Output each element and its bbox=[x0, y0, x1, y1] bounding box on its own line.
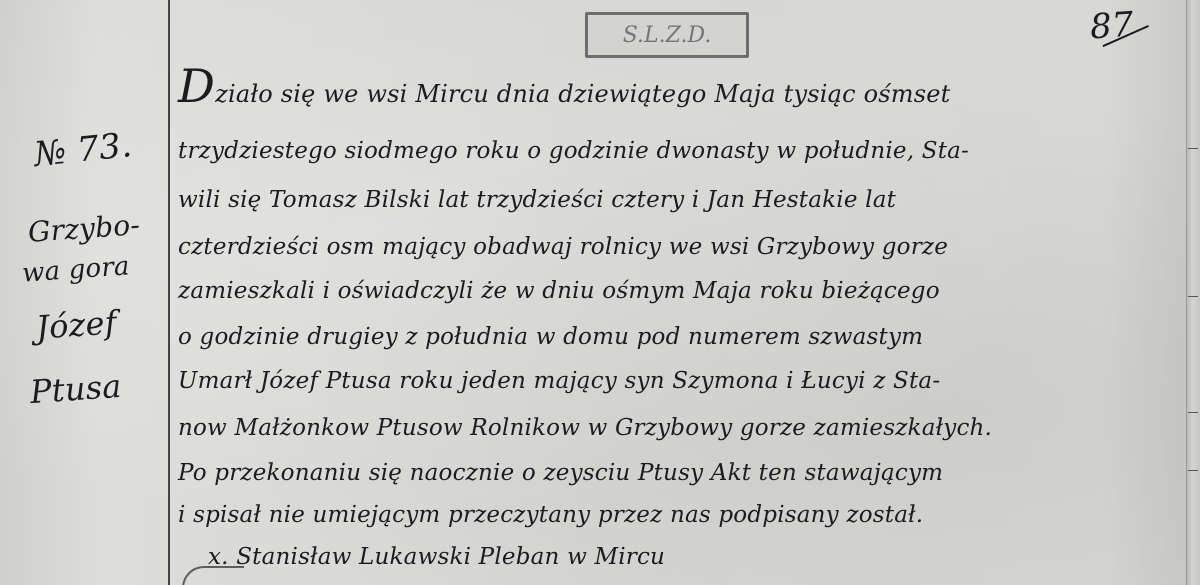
entry-number: № 73. bbox=[32, 125, 134, 175]
edge-tick bbox=[1188, 148, 1198, 149]
drop-cap: D bbox=[178, 59, 215, 113]
page-right-edge bbox=[1186, 0, 1200, 585]
record-line: wili się Tomasz Bilski lat trzydzieści c… bbox=[178, 187, 896, 213]
record-line: zamieszkali i oświadczyli że w dniu ośmy… bbox=[178, 278, 940, 304]
record-line: Po przekonaniu się naocznie o zeysciu Pt… bbox=[178, 460, 943, 486]
record-line: Działo się we wsi Mircu dnia dziewiątego… bbox=[178, 80, 950, 108]
record-line: Umarł Józef Ptusa roku jeden mający syn … bbox=[178, 368, 940, 394]
record-line: o godzinie drugiey z południa w domu pod… bbox=[178, 324, 923, 350]
record-page: № 73. Grzybo- wa gora Józef Ptusa S.L.Z.… bbox=[0, 0, 1200, 585]
next-entry-flourish bbox=[182, 566, 244, 585]
record-line: i spisał nie umiejącym przeczytany przez… bbox=[178, 502, 923, 528]
place-name-line-2: wa gora bbox=[21, 251, 130, 288]
margin-rule bbox=[168, 0, 170, 585]
archive-stamp: S.L.Z.D. bbox=[585, 12, 749, 58]
deceased-surname: Ptusa bbox=[29, 367, 123, 411]
record-line: trzydziestego siodmego roku o godzinie d… bbox=[178, 138, 969, 164]
folio-number: 87 bbox=[1089, 5, 1135, 48]
edge-tick bbox=[1188, 412, 1198, 413]
priest-signature: x. Stanisław Lukawski Pleban w Mircu bbox=[208, 544, 665, 570]
record-line: now Małżonkow Ptusow Rolnikow w Grzybowy… bbox=[178, 415, 992, 441]
record-line-text: ziało się we wsi Mircu dnia dziewiątego … bbox=[215, 80, 950, 108]
edge-tick bbox=[1188, 296, 1198, 297]
place-name-line-1: Grzybo- bbox=[27, 208, 141, 249]
edge-tick bbox=[1188, 470, 1198, 471]
deceased-given-name: Józef bbox=[35, 303, 118, 347]
record-line: czterdzieści osm mający obadwaj rolnicy … bbox=[178, 234, 948, 260]
